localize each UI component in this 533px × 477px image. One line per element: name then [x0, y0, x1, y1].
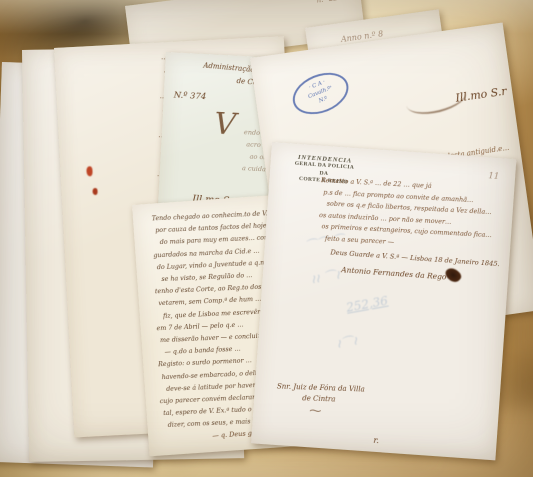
red-wax-seal-remnant: [86, 166, 93, 176]
document-intendencia-letter: ⌒⌒ ⌒ ≀≀ ⌒≀ 252,36 ≀⌒≀ INTENDENCIA GERAL …: [251, 142, 516, 460]
faint-annotation: n.º 22 ¾: [316, 0, 347, 5]
handwriting-block: Remetto a V. S.ª … de 22 … que jáp.s de …: [318, 175, 507, 254]
address-line-1: Snr. Juiz de Fóra da Villa: [277, 382, 365, 393]
photo-of-manuscripts: n.º 22 ¾ Anno n.º 8 …adiada do seu……sobr…: [0, 0, 533, 477]
calligraphic-initial: V: [213, 107, 236, 143]
corner-number: 11: [488, 171, 499, 182]
bottom-rubric-mark: r.: [373, 436, 379, 445]
blue-oval-ink-stamp: · C A · Cavalh.ºˢ N.º: [287, 65, 355, 122]
address-line-2: de Cintra: [302, 394, 336, 403]
address-flourish: ⁓: [309, 403, 322, 418]
correio-number: N.º 374: [173, 90, 206, 102]
red-wax-seal-remnant: [92, 188, 97, 195]
